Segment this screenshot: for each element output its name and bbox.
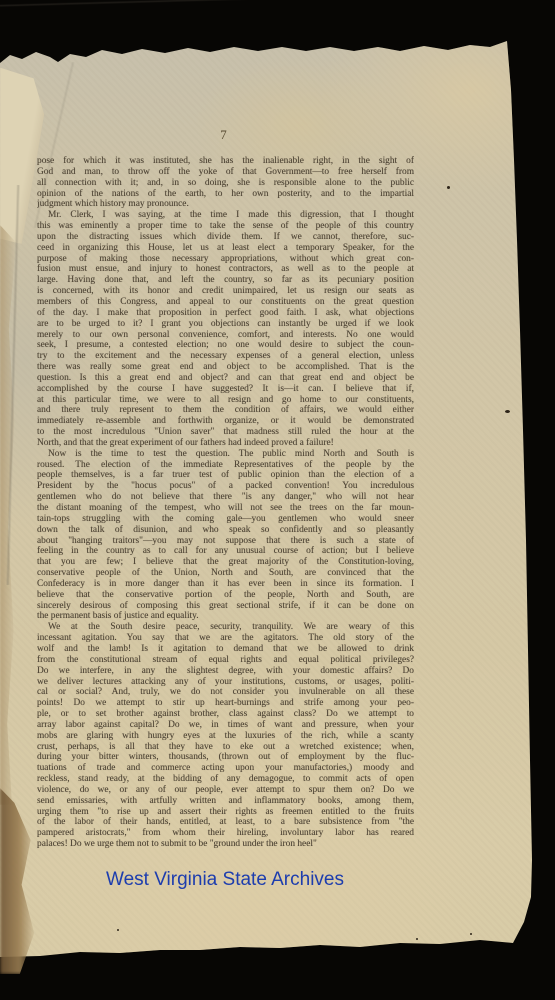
text-line: fusion must ensue, and injury to honest … (37, 264, 414, 275)
text-line: Now is the time to test the question. Th… (37, 449, 414, 460)
text-line: of the day. I make that proposition in p… (37, 308, 414, 319)
text-line: points! Do we attempt to stir up heart-b… (37, 698, 414, 709)
scanned-page-view: 7 pose for which it was instituted, she … (0, 0, 555, 1000)
text-line: incessant agitation. You say that we are… (37, 633, 414, 644)
text-line: ceed in organizing this House, let us at… (37, 243, 414, 254)
text-line: palaces! Do we urge them not to submit t… (37, 839, 414, 850)
text-line: people themselves, is a far truer test o… (37, 470, 414, 481)
text-line: urging them "to rise up and assert their… (37, 807, 414, 818)
text-line: there was really some great end and obje… (37, 362, 414, 373)
page-number: 7 (36, 127, 412, 143)
text-line: we deliver lectures attacking any of you… (37, 677, 414, 688)
text-line: immediately re-assemble and forthwith or… (37, 416, 414, 427)
text-line: tuations of trade and commerce acting up… (37, 763, 414, 774)
text-line: Confederacy is in more danger than it ha… (37, 579, 414, 590)
text-line: large. Having done that, and left the co… (37, 275, 414, 286)
text-line: purpose of making those necessary approp… (37, 254, 414, 265)
text-line: We at the South desire peace, security, … (37, 622, 414, 633)
text-line: mobs are glaring with hungry eyes at the… (37, 731, 414, 742)
ink-speck (416, 938, 418, 940)
text-line: crust, perhaps, is all that they have to… (37, 742, 414, 753)
text-line: ple, or to set brother against brother, … (37, 709, 414, 720)
text-line: is concerned, with its honor and credit … (37, 286, 414, 297)
text-line: accomplished by the course I have sugges… (37, 384, 414, 395)
ink-speck (117, 929, 119, 931)
text-line: during your bitter winters, thousands, (… (37, 752, 414, 763)
text-line: feeling in the country as to call for an… (37, 546, 414, 557)
text-line: President by the "hocus pocus" of a pack… (37, 481, 414, 492)
ink-speck (505, 410, 510, 413)
text-line: wolf and the lamb! Is it agitation to de… (37, 644, 414, 655)
text-line: conservative people of the Union, North … (37, 568, 414, 579)
text-line: that you are few; I believe that the gre… (37, 557, 414, 568)
text-line: about "hanging traitors"—you may not sup… (37, 536, 414, 547)
body-text: pose for which it was instituted, she ha… (37, 156, 414, 850)
text-line: Do we interfere, in any the slightest de… (37, 666, 414, 677)
text-line: members of this Congress, and appeal to … (37, 297, 414, 308)
text-line: opinion of the nations of the earth, to … (37, 189, 414, 200)
text-line: roused. The election of the immediate Re… (37, 460, 414, 471)
text-line: at this particular time, we were to all … (37, 395, 414, 406)
text-line: gentlemen who do not believe that there … (37, 492, 414, 503)
text-line: judgment which history may pronounce. (37, 199, 414, 210)
text-line: of the labor of their hands, entitled, a… (37, 817, 414, 828)
text-line: sincerely desirous of composing this gre… (37, 601, 414, 612)
text-line: reckless, stand ready, at the bidding of… (37, 774, 414, 785)
text-line: North, and that the great experiment of … (37, 438, 414, 449)
text-line: pampered aristocrats," from whom their h… (37, 828, 414, 839)
text-line: tain-tops struggling with the coming gal… (37, 514, 414, 525)
text-line: seek, I presume, a contested election; n… (37, 340, 414, 351)
text-line: upon the distracting issues which divide… (37, 232, 414, 243)
text-line: all connection with it; and, in so doing… (37, 178, 414, 189)
text-line: are to be urged to it? I grant you objec… (37, 319, 414, 330)
text-line: Mr. Clerk, I was saying, at the time I m… (37, 210, 414, 221)
text-line: try to the excitement and the necessary … (37, 351, 414, 362)
text-line: merely to our own personal convenience, … (37, 330, 414, 341)
paper-crease (0, 0, 300, 7)
archive-caption: West Virginia State Archives (36, 867, 414, 893)
text-line: pose for which it was instituted, she ha… (37, 156, 414, 167)
ink-speck (447, 186, 450, 189)
text-line: this was eminently a proper time to take… (37, 221, 414, 232)
text-line: down the talk of disunion, and who speak… (37, 525, 414, 536)
text-line: array labor against capital? Do we, in t… (37, 720, 414, 731)
text-line: and there truly represent to them the co… (37, 405, 414, 416)
text-line: send emissaries, with artfully written a… (37, 796, 414, 807)
text-line: the permanent basis of justice and equal… (37, 611, 414, 622)
text-line: cal or social? And, truly, we do not con… (37, 687, 414, 698)
text-line: God and man, to throw off the yoke of th… (37, 167, 414, 178)
text-line: from the constitutional stream of equal … (37, 655, 414, 666)
text-line: the distant moaning of the tempest, who … (37, 503, 414, 514)
text-line: to the most incredulous "Union saver" th… (37, 427, 414, 438)
ink-speck (470, 933, 472, 935)
text-line: question. Is this a great end and object… (37, 373, 414, 384)
text-line: violence, do we, or any of our people, e… (37, 785, 414, 796)
paper-page: 7 pose for which it was instituted, she … (0, 0, 555, 1000)
text-line: believe that the conservative portion of… (37, 590, 414, 601)
